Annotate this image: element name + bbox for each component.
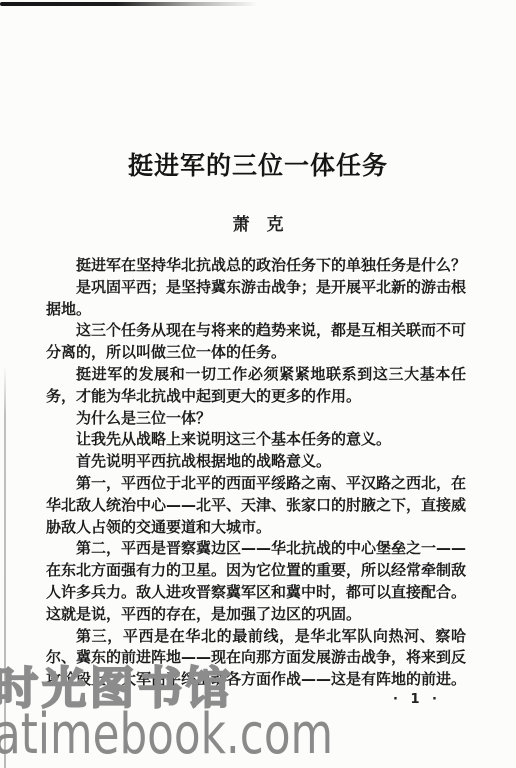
scanned-book-page: 挺进军的三位一体任务 萧 克 挺进军在坚持华北抗战总的政治任务下的单独任务是什么… bbox=[0, 0, 516, 768]
paragraph: 首先说明平西抗战根据地的战略意义。 bbox=[46, 451, 466, 473]
author-name: 萧 克 bbox=[0, 210, 516, 235]
paragraph: 挺进军在坚持华北抗战总的政治任务下的单独任务是什么？ bbox=[46, 255, 466, 277]
paragraph: 让我先从战略上来说明这三个基本任务的意义。 bbox=[46, 429, 466, 451]
paragraph: 为什么是三位一体？ bbox=[46, 408, 466, 430]
paragraph: 这三个任务从现在与将来的趋势来说，都是互相关联而不可分离的，所以叫做三位一体的任… bbox=[46, 320, 466, 364]
page-title: 挺进军的三位一体任务 bbox=[0, 146, 516, 182]
paragraph: 是巩固平西；是坚持冀东游击战争；是开展平北新的游击根据地。 bbox=[46, 277, 466, 321]
page-number: · 1 · bbox=[393, 692, 441, 707]
paragraph: 挺进军的发展和一切工作必须紧紧地联系到这三大基本任务，才能为华北抗战中起到更大的… bbox=[46, 364, 466, 408]
paragraph: 第二，平西是晋察冀边区——华北抗战的中心堡垒之一——在东北方面强有力的卫星。因为… bbox=[46, 538, 466, 625]
paragraph: 第一，平西位于北平的西面平绥路之南、平汉路之西北，在华北敌人统治中心——北平、天… bbox=[46, 473, 466, 538]
body-text: 挺进军在坚持华北抗战总的政治任务下的单独任务是什么？ 是巩固平西；是坚持冀东游击… bbox=[46, 255, 466, 691]
watermark-site-url: atimebook.com bbox=[0, 702, 333, 767]
scan-artifact-line bbox=[0, 2, 258, 6]
